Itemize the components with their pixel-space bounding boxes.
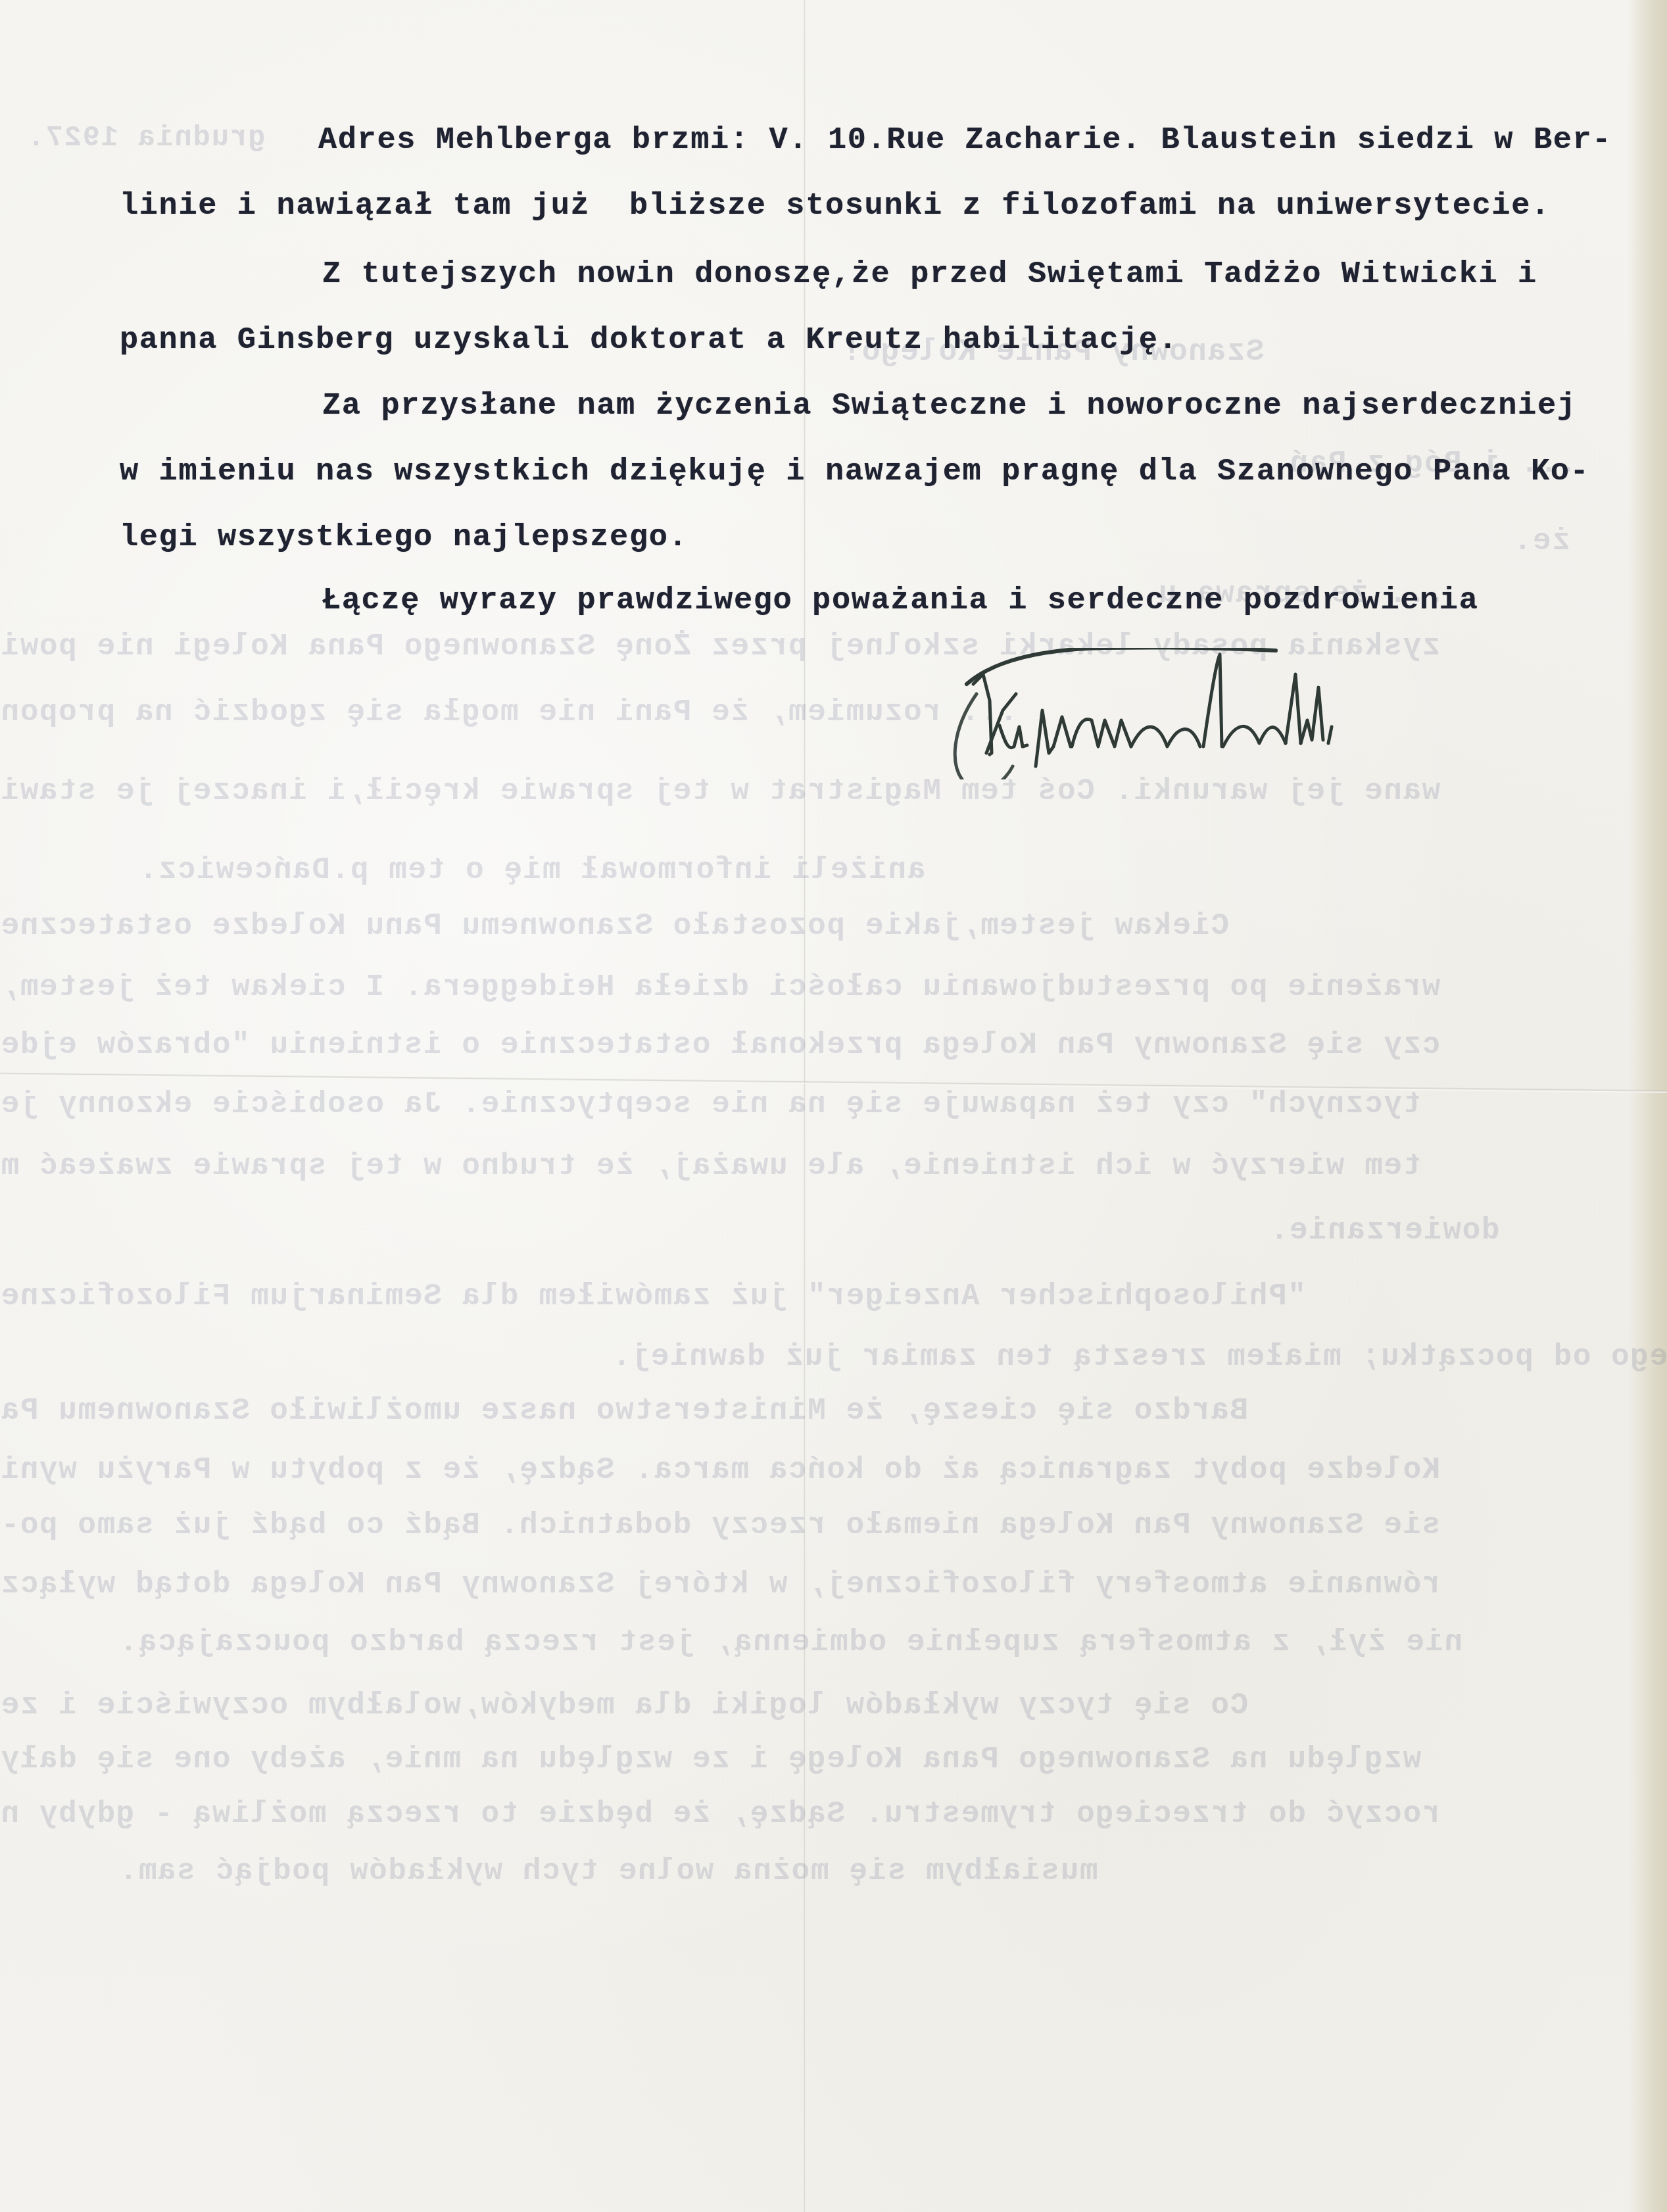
- bleed-through-line: ... rozumiem, że Pani nie mogła się zgod…: [0, 697, 1018, 727]
- bleed-through-line: musiałbym się można wolne tych wykładów …: [118, 1856, 1098, 1886]
- bleed-through-line: Bardzo się cieszę, że Ministerstwo nasze…: [0, 1396, 1248, 1426]
- letter-line: linie i nawiązał tam już bliższe stosunk…: [120, 191, 1551, 222]
- letter-line: Adres Mehlberga brzmi: V. 10.Rue Zachari…: [318, 125, 1612, 156]
- bleed-through-line: nie żył, z atmosferą zupełnie odmienną, …: [118, 1627, 1462, 1658]
- bleed-through-line: wane jej warunki. Coś tem Magistrat w te…: [0, 776, 1440, 806]
- bleed-through-line: nego od początku; miałem zresztą ten zam…: [612, 1342, 1667, 1372]
- letter-line: Z tutejszych nowin donoszę,że przed Swię…: [322, 259, 1537, 290]
- bleed-through-line: tycznych" czy też napawuje się na nie sc…: [0, 1089, 1421, 1119]
- letter-line: legi wszystkiego najlepszego.: [120, 522, 688, 553]
- bleed-through-line: równanie atmosfery filozoficznej, w któr…: [0, 1569, 1440, 1600]
- bleed-through-line: grudnia 1927.: [26, 124, 266, 153]
- bleed-through-line: Co się tyczy wykładów logiki dla medyków…: [0, 1690, 1248, 1721]
- letter-line: w imieniu nas wszystkich dziękuję i nawz…: [120, 456, 1589, 487]
- bleed-through-line: czy się Szanowny Pan Kolega przekonał os…: [0, 1030, 1440, 1060]
- signature: Twardowski (handwritten signature): [907, 648, 1605, 779]
- paper-edge-shadow: [1628, 0, 1667, 2212]
- bleed-through-line: sie Szanowny Pan Kolega niemało rzeczy d…: [0, 1510, 1440, 1540]
- bleed-through-line: że.: [1512, 526, 1570, 556]
- bleed-through-line: wrażenie po przestudjowaniu całości dzie…: [0, 972, 1440, 1002]
- bleed-through-line: dowierzanie.: [1269, 1216, 1499, 1246]
- bleed-through-line: tem wierzyć w ich istnienie, ale uważaj,…: [0, 1151, 1421, 1181]
- bleed-through-line: roczyć do trzeciego trymestru. Sądzę, że…: [0, 1799, 1440, 1829]
- letter-line: Za przysłane nam życzenia Swiąteczne i n…: [322, 391, 1577, 422]
- letter-line: Łączę wyrazy prawdziwego poważania i ser…: [322, 585, 1478, 616]
- bleed-through-line: względu na Szanownego Pana Kolegę i ze w…: [0, 1744, 1421, 1775]
- bleed-through-line: Ciekaw jestem,jakie pozostało Szanownemu…: [0, 911, 1229, 941]
- bleed-through-line: Koledze pobyt zagranicą aż do końca marc…: [0, 1455, 1440, 1485]
- bleed-through-line: aniżeli informował mię o tem p.Dańcewicz…: [138, 855, 925, 885]
- letter-line: panna Ginsberg uzyskali doktorat a Kreut…: [120, 325, 1178, 356]
- bleed-through-line: "Philosophischer Anzeiger" już zamówiłem…: [0, 1281, 1306, 1312]
